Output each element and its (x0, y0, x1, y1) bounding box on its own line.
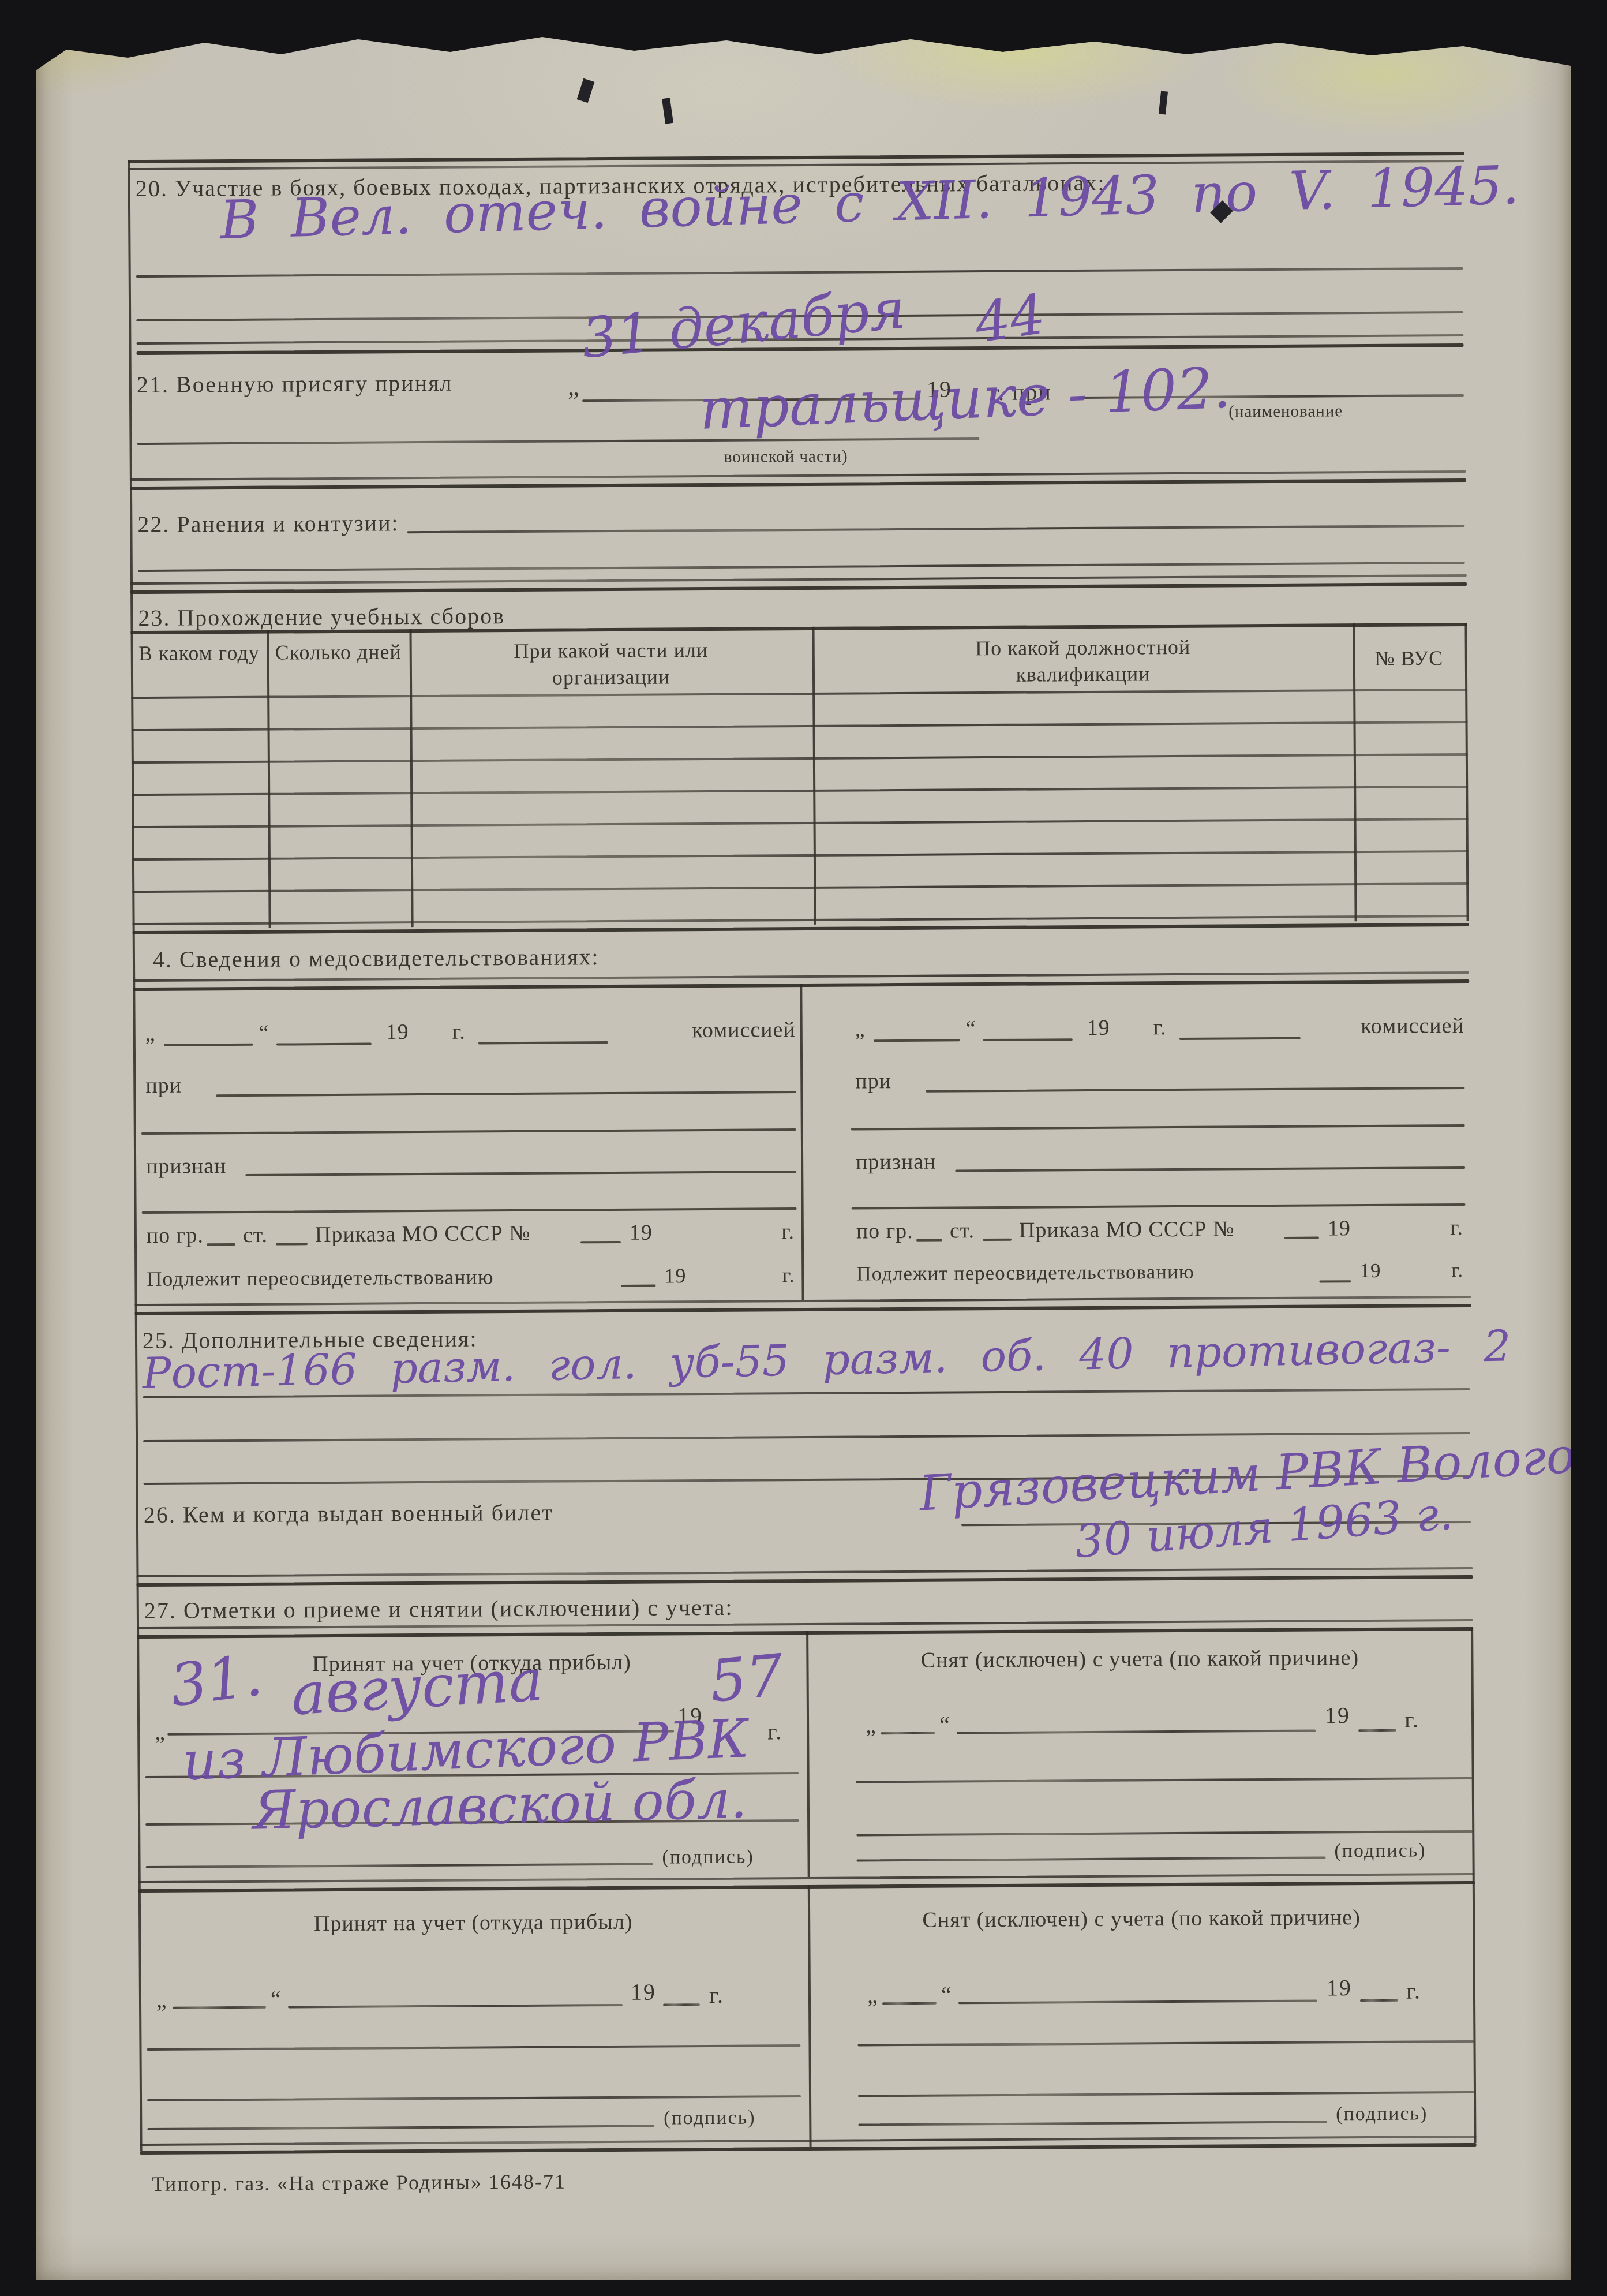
removed-open-quote: „ (866, 1711, 877, 1738)
med-order-year-suffix: г. (781, 1219, 795, 1244)
med-commission-label: комиссией (692, 1017, 796, 1043)
item27-label: 27. Отметки о приеме и снятии (исключени… (144, 1594, 733, 1624)
med-ruled-line (852, 1203, 1466, 1209)
med-fill (276, 1243, 308, 1245)
ruled-line (143, 1432, 1470, 1442)
med-order-year: 19 (630, 1220, 653, 1246)
removed-header: Снят (исключен) с учета (по какой причин… (806, 1644, 1473, 1674)
med-fill (983, 1239, 1012, 1241)
med-order-group: по гр. (856, 1218, 913, 1244)
accepted-year-line (663, 2003, 700, 2006)
item23-label: 23. Прохождение учебных сборов (138, 602, 505, 631)
med-fill (580, 1241, 621, 1243)
accepted-signature-label: (подпись) (662, 1846, 754, 1869)
med-recognized-line (245, 1171, 796, 1176)
removed-year-suffix: г. (1406, 1977, 1421, 2004)
removed-close-quote: “ (941, 1981, 953, 2008)
section-divider (130, 478, 1466, 490)
removed-day-line (881, 1732, 935, 1735)
med-block-right: „ “ 19 г. комиссией при признан по гр. с… (850, 979, 1469, 1307)
document-paper: 20. Участие в боях, боевых походах, парт… (36, 17, 1571, 2280)
removed-month-line (957, 1730, 1316, 1734)
accepted-year-suffix: г. (709, 1981, 724, 2009)
med-ruled-line (142, 1207, 797, 1214)
ruled-line (137, 437, 980, 445)
table-row-line (132, 786, 1468, 796)
ruled-line (147, 2044, 801, 2051)
med-commission-line (1179, 1037, 1301, 1040)
removed-signature-label: (подпись) (1336, 2103, 1428, 2125)
med-order-article: ст. (950, 1218, 975, 1243)
table-right-border (1464, 623, 1469, 921)
table-header-vus: № ВУС (1353, 645, 1465, 672)
med-at-label: при (855, 1068, 891, 1094)
med-year-prefix: 19 (386, 1019, 409, 1045)
table-bottom-border (133, 923, 1469, 934)
table-row-line (132, 850, 1469, 861)
med-ruled-line (851, 1124, 1465, 1130)
accepted-year-suffix: г. (767, 1718, 782, 1745)
registration-right-border (1471, 1627, 1476, 2143)
table-header-year: В каком году (131, 640, 267, 667)
med-block-left: „ “ 19 г. комиссией при признан по гр. с… (140, 984, 800, 1311)
item20-handwriting: В Вел. отеч. войне с XII. 1943 по V. 194… (219, 154, 1520, 251)
med-commission-label: комиссией (1361, 1013, 1464, 1039)
med-recognized-line (955, 1166, 1465, 1172)
removed-year-line (1358, 1729, 1396, 1732)
table-row-line (132, 818, 1469, 828)
med-fill (207, 1243, 235, 1246)
table-header-bottom (131, 689, 1467, 699)
table-column-border (812, 627, 816, 925)
signature-line (147, 2125, 654, 2130)
table-column-border (409, 629, 413, 927)
med-at-line (926, 1087, 1464, 1093)
ruled-line (138, 562, 1465, 572)
med-reexam-year-suffix: г. (1451, 1259, 1463, 1282)
ruled-line (136, 267, 1463, 278)
item24-label: 4. Сведения о медосвидетельствованиях: (153, 943, 600, 973)
removed-year-prefix: 19 (1325, 1702, 1350, 1729)
med-recognized-label: признан (856, 1149, 937, 1175)
removed-year-suffix: г. (1404, 1706, 1419, 1733)
med-order-text: Приказа МО СССР № (315, 1221, 531, 1247)
table-row-line (132, 753, 1468, 764)
fill-line (407, 525, 1464, 533)
section-divider (137, 1627, 1473, 1639)
accepted-open-quote: „ (155, 1718, 166, 1745)
med-order-year: 19 (1328, 1216, 1351, 1241)
med-close-quote: “ (259, 1020, 269, 1046)
med-year-suffix: г. (452, 1019, 466, 1045)
med-month-line (276, 1043, 372, 1046)
item21-handwriting-date: 31 декабря (579, 277, 908, 371)
signature-line (857, 1856, 1326, 1861)
med-reexam-year: 19 (1359, 1259, 1381, 1282)
signature-line (146, 1863, 653, 1868)
ruled-line (856, 1777, 1473, 1783)
item21-open-quote: „ (568, 372, 580, 401)
med-order-year-suffix: г. (1450, 1215, 1463, 1240)
table-row-line (132, 721, 1468, 731)
med-month-line (983, 1038, 1073, 1041)
ruled-line (858, 2091, 1474, 2097)
med-fill (1319, 1280, 1351, 1282)
accepted-header: Принят на учет (откуда прибыл) (138, 1908, 808, 1938)
removed-year-line (1360, 1999, 1398, 2002)
scanned-page-background: 20. Участие в боях, боевых походах, парт… (0, 0, 1607, 2296)
removed-year-prefix: 19 (1327, 1974, 1352, 2001)
accepted-handwriting-year: 57 (707, 1641, 786, 1715)
accepted-year-prefix: 19 (631, 1979, 656, 2006)
staple-hole (259, 33, 275, 51)
med-recognized-label: признан (146, 1153, 227, 1179)
accepted-close-quote: “ (271, 1985, 282, 2013)
med-order-group: по гр. (147, 1222, 204, 1248)
table-column-border (267, 630, 271, 928)
med-order-text: Приказа МО СССР № (1019, 1216, 1235, 1243)
accepted-day-line (173, 2006, 266, 2009)
med-fill (621, 1285, 655, 1287)
table-header-unit: При какой части или организации (489, 637, 734, 691)
block-divider (138, 1881, 1475, 1893)
med-close-quote: “ (966, 1016, 976, 1041)
removed-day-line (882, 2002, 937, 2005)
med-year-prefix: 19 (1087, 1015, 1110, 1041)
form-left-border (128, 160, 143, 2151)
med-reexam-year-suffix: г. (782, 1263, 795, 1287)
ruled-line (856, 1830, 1473, 1837)
removed-open-quote: „ (867, 1981, 879, 2009)
section-divider (137, 1575, 1473, 1587)
removed-signature-label: (подпись) (1334, 1839, 1426, 1862)
removed-close-quote: “ (939, 1711, 951, 1738)
item22-label: 22. Ранения и контузии: (137, 509, 399, 538)
table-header-qualification: По какой должностной квалификации (956, 634, 1211, 689)
med-reexam-year: 19 (664, 1263, 686, 1288)
item21-handwriting-unit: тральщике - 102. (698, 355, 1232, 443)
med-ruled-line (141, 1128, 796, 1135)
med-order-article: ст. (243, 1222, 268, 1248)
med-reexam-label: Подлежит переосвидетельствованию (147, 1265, 493, 1291)
med-fill (916, 1239, 942, 1242)
med-year-suffix: г. (1153, 1015, 1167, 1040)
med-at-line (216, 1091, 796, 1097)
accepted-signature-label: (подпись) (664, 2107, 755, 2130)
table-row-line (132, 882, 1469, 893)
ruled-line (147, 2095, 801, 2101)
item21-label: 21. Военную присягу принял (137, 369, 453, 398)
item21-note-line2: воинской части) (724, 447, 848, 467)
accepted-open-quote: „ (156, 1986, 168, 2013)
med-at-label: при (145, 1073, 182, 1098)
accepted-handwriting-month: августа (289, 1646, 545, 1728)
med-commission-line (478, 1041, 608, 1044)
accepted-handwriting-from2: Ярославской обл. (252, 1768, 748, 1842)
med-open-quote: „ (855, 1016, 866, 1042)
table-header-days: Сколько дней (267, 638, 410, 666)
removed-month-line (958, 2000, 1317, 2005)
med-open-quote: „ (145, 1021, 156, 1046)
section-divider (130, 582, 1467, 594)
med-fill (1284, 1237, 1319, 1239)
removed-header: Снят (исключен) с учета (по какой причин… (808, 1904, 1475, 1934)
military-card-form: 20. Участие в боях, боевых походах, парт… (29, 13, 1578, 2284)
med-column-divider (800, 984, 804, 1300)
item26-label: 26. Кем и когда выдан военный билет (144, 1499, 553, 1528)
item21-handwriting-year: 44 (971, 283, 1050, 356)
item21-note-line1: (наименование (1228, 402, 1343, 421)
med-date-line (874, 1039, 960, 1042)
signature-line (858, 2121, 1327, 2126)
accepted-handwriting-day: 31. (166, 1641, 266, 1719)
med-date-line (164, 1044, 253, 1046)
accepted-month-line (288, 2004, 623, 2009)
med-reexam-label: Подлежит переосвидетельствованию (856, 1261, 1194, 1286)
printing-house-imprint: Типогр. газ. «На страже Родины» 1648-71 (152, 2170, 566, 2196)
ruled-line (857, 2040, 1474, 2047)
